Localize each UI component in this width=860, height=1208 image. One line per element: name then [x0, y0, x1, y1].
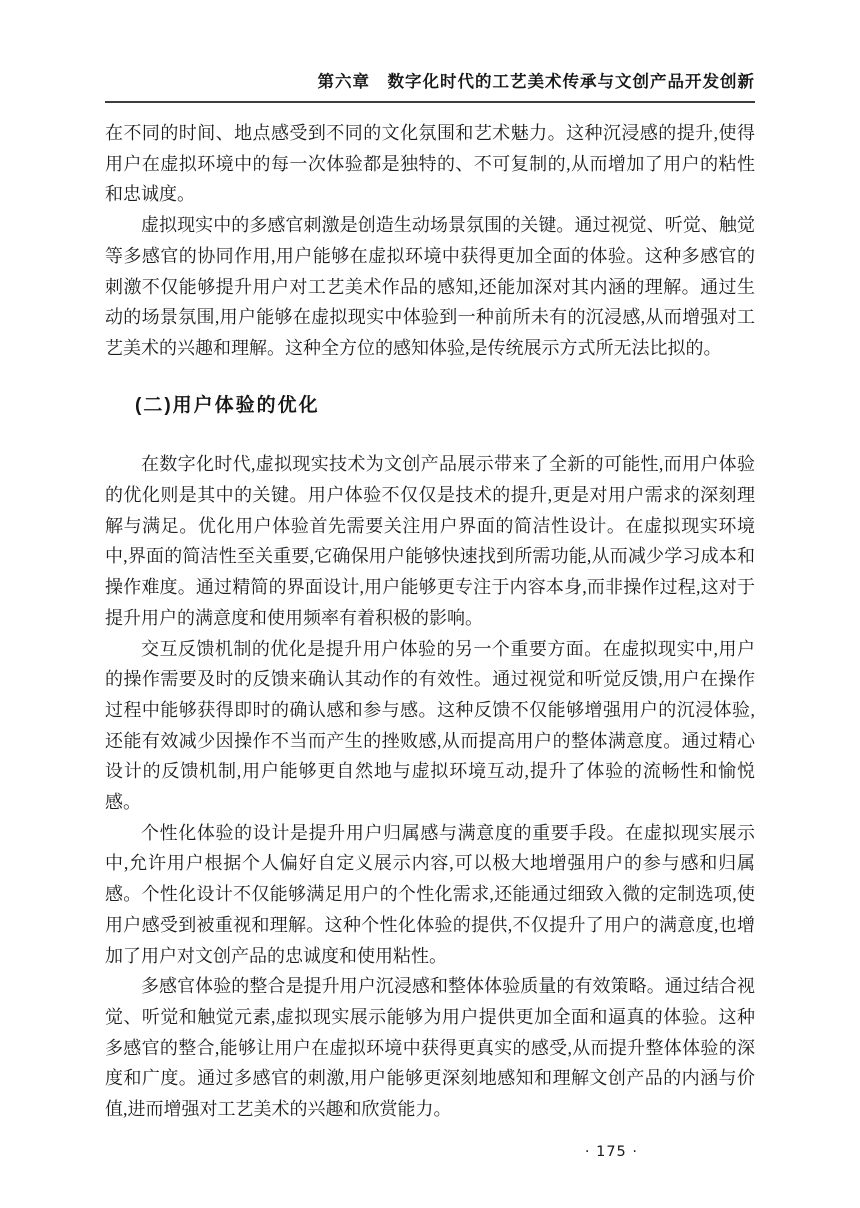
page-number: · 175 · [105, 1137, 650, 1168]
running-header: 第六章 数字化时代的工艺美术传承与文创产品开发创新 [105, 0, 755, 92]
document-page: 第六章 数字化时代的工艺美术传承与文创产品开发创新 在不同的时间、地点感受到不同… [0, 0, 860, 1208]
paragraph: 交互反馈机制的优化是提升用户体验的另一个重要方面。在虚拟现实中,用户的操作需要及… [105, 634, 755, 818]
paragraph-continuation: 在不同的时间、地点感受到不同的文化氛围和艺术魅力。这种沉浸感的提升,使得用户在虚… [105, 118, 755, 210]
section-heading: (二)用户体验的优化 [135, 391, 755, 422]
page-body: 在不同的时间、地点感受到不同的文化氛围和艺术魅力。这种沉浸感的提升,使得用户在虚… [105, 103, 755, 1168]
paragraph: 在数字化时代,虚拟现实技术为文创产品展示带来了全新的可能性,而用户体验的优化则是… [105, 449, 755, 633]
chapter-title: 第六章 数字化时代的工艺美术传承与文创产品开发创新 [105, 72, 755, 92]
paragraph: 个性化体验的设计是提升用户归属感与满意度的重要手段。在虚拟现实展示中,允许用户根… [105, 818, 755, 972]
paragraph: 虚拟现实中的多感官刺激是创造生动场景氛围的关键。通过视觉、听觉、触觉等多感官的协… [105, 210, 755, 364]
paragraph: 多感官体验的整合是提升用户沉浸感和整体体验质量的有效策略。通过结合视觉、听觉和触… [105, 971, 755, 1125]
